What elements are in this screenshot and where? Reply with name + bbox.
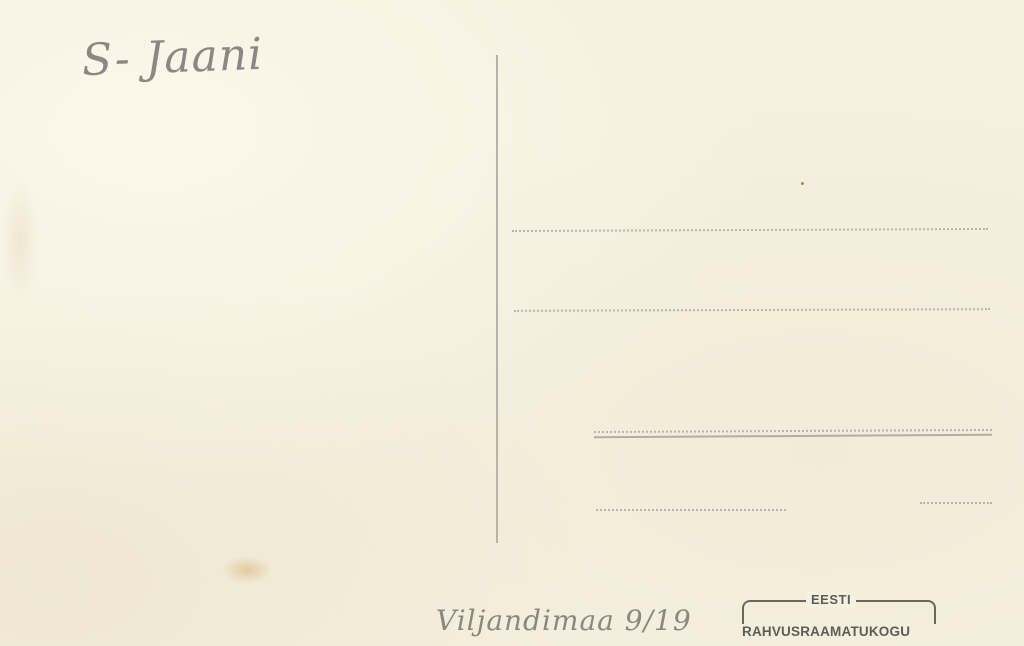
address-line-4-left: [596, 509, 786, 511]
handwritten-caption: Viljandimaa 9/19: [436, 604, 692, 637]
stamp-top-text: EESTI: [806, 592, 856, 607]
center-divider-line: [496, 55, 498, 543]
address-line-1: [512, 228, 988, 232]
postcard-back: S- Jaani Viljandimaa 9/19 EESTI RAHVUSRA…: [0, 0, 1024, 646]
paper-stain: [222, 556, 272, 584]
address-line-2: [514, 308, 990, 312]
handwritten-title: S- Jaani: [81, 29, 264, 86]
paper-stain-left: [0, 180, 40, 300]
address-line-3-solid: [594, 434, 992, 438]
address-line-4-right: [920, 502, 992, 504]
library-stamp: EESTI RAHVUSRAAMATUKOGU: [742, 594, 934, 642]
address-line-3-dotted: [594, 429, 992, 433]
paper-speck: [801, 182, 804, 185]
stamp-bottom-text: RAHVUSRAAMATUKOGU: [742, 624, 910, 639]
